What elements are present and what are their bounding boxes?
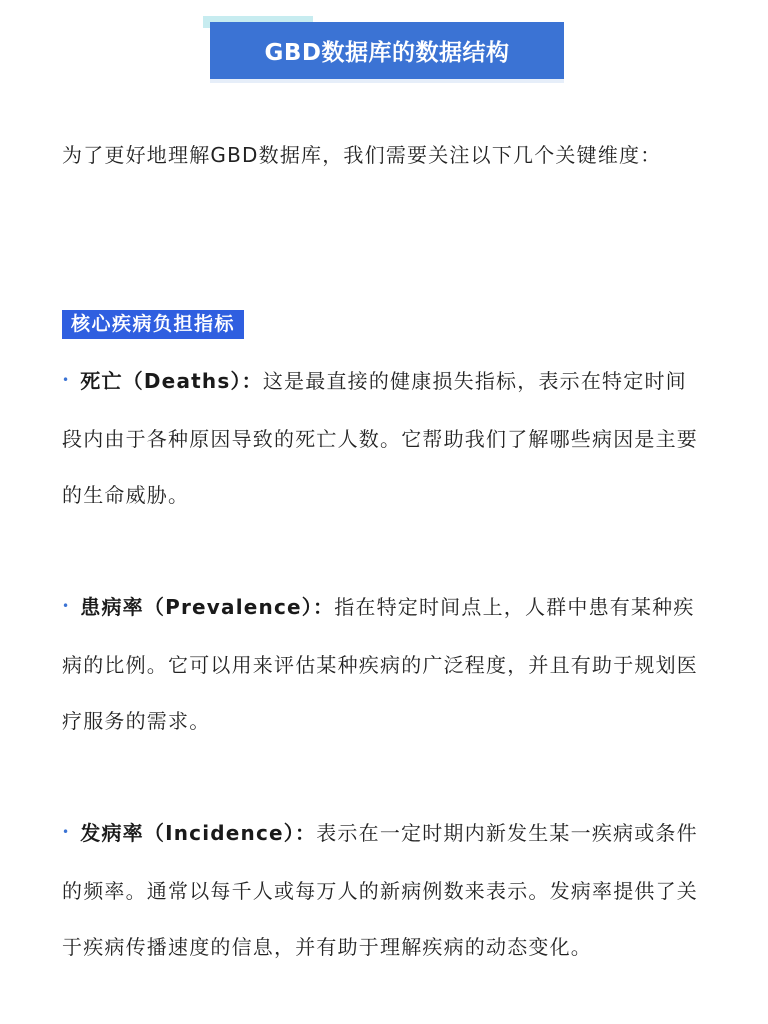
list-item-prevalence: •患病率（Prevalence）：指在特定时间点上，人群中患有某种疾病的比例。它… — [62, 579, 708, 749]
title-box: GBD数据库的数据结构 — [210, 22, 564, 79]
term-label: 发病率（Incidence）： — [80, 821, 316, 845]
page-title: GBD数据库的数据结构 — [264, 34, 509, 67]
bullet-dot-icon: • — [62, 352, 70, 408]
term-label: 死亡（Deaths）： — [80, 369, 263, 393]
list-item-incidence: •发病率（Incidence）：表示在一定时期内新发生某一疾病或条件的频率。通常… — [62, 805, 708, 975]
bullet-dot-icon: • — [62, 804, 70, 860]
bullet-dot-icon: • — [62, 578, 70, 634]
term-label: 患病率（Prevalence）： — [80, 595, 334, 619]
title-banner: GBD数据库的数据结构 — [203, 16, 565, 84]
list-item-deaths: •死亡（Deaths）：这是最直接的健康损失指标，表示在特定时间段内由于各种原因… — [62, 353, 708, 523]
intro-paragraph: 为了更好地理解GBD数据库，我们需要关注以下几个关键维度： — [62, 127, 708, 183]
section-tag: 核心疾病负担指标 — [62, 310, 244, 339]
